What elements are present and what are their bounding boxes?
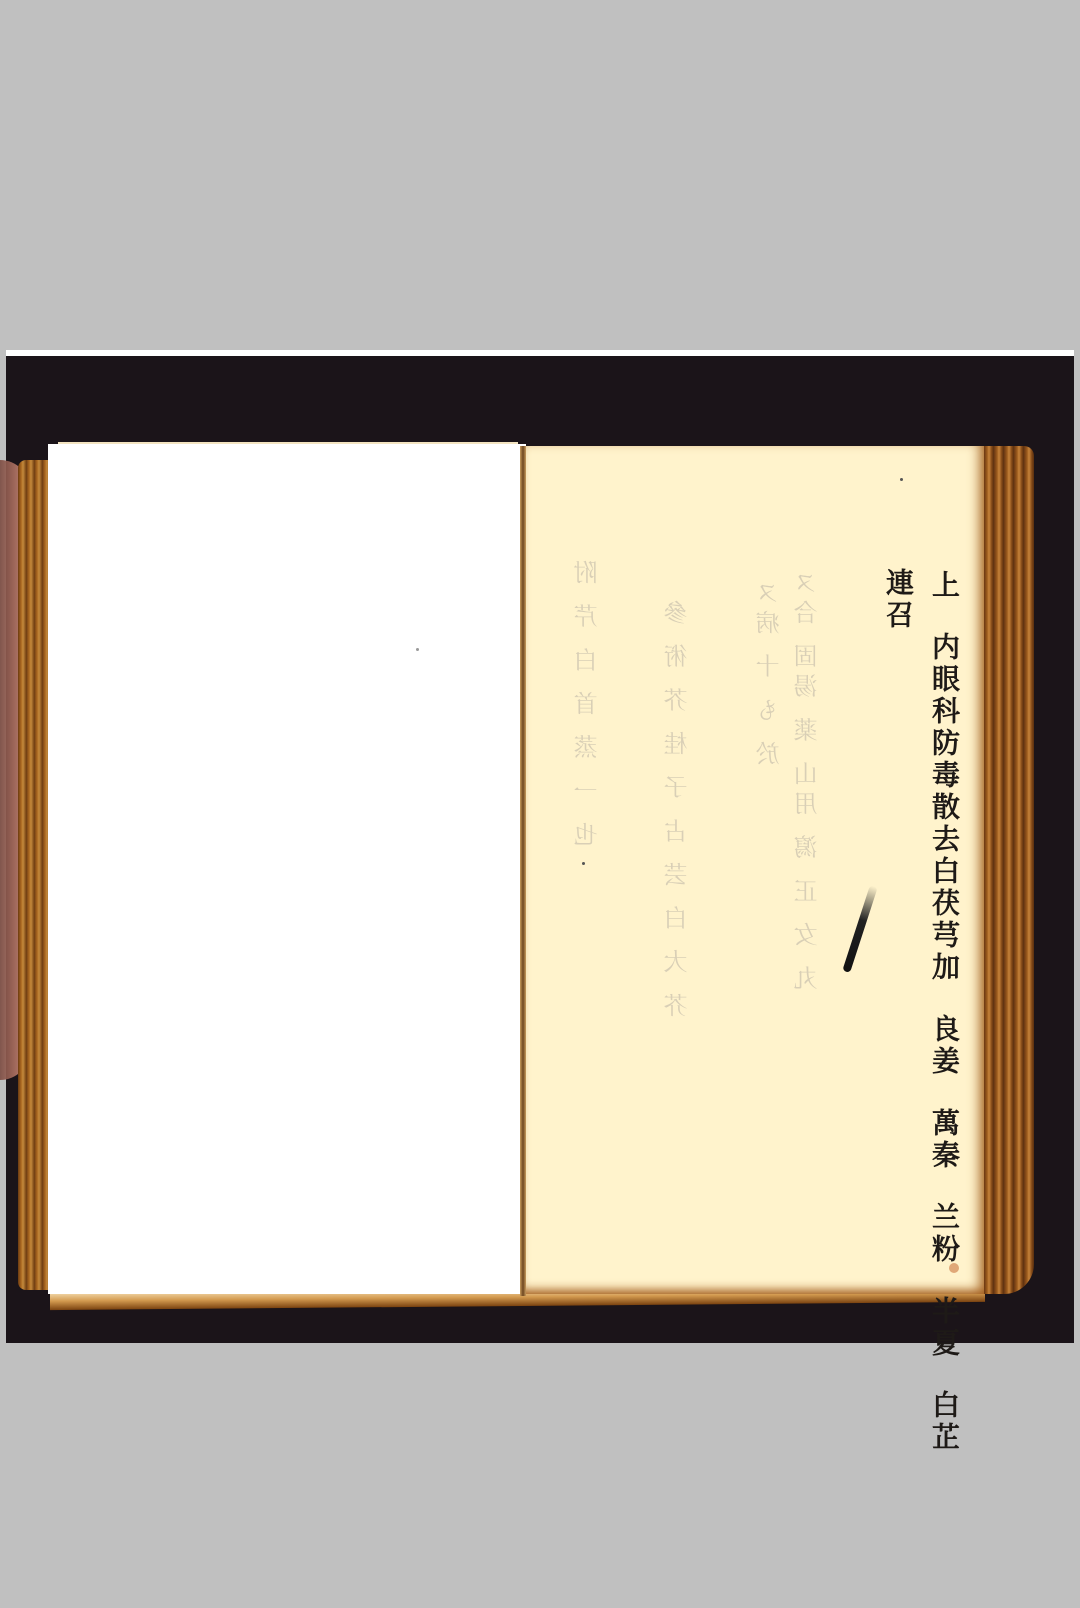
handwritten-column-main: 上内眼科防毒散去白茯芎加良姜萬秦兰粉半夏白芷 (930, 570, 958, 1454)
book-right-fore-edge (984, 446, 1034, 1294)
text-segment: 半夏 (928, 1296, 961, 1360)
text-segment: 兰粉 (928, 1202, 961, 1266)
bleed-through-column: ヌ合 固湯 薬 山用 瀉 正 女 丸 (790, 570, 825, 995)
bleed-through-column: ヌ病 十 も 於 (752, 580, 787, 771)
bleed-through-column: 參 術 芥 桂 子 占 芸 白 大 芥 (660, 600, 695, 1023)
text-segment: 萬秦 (928, 1108, 961, 1172)
text-segment: 白芷 (928, 1390, 961, 1454)
bleed-through-column: 附 芹 白 首 蒸 一 也 (570, 560, 605, 852)
left-page-blank (48, 444, 526, 1294)
paper-speck (900, 478, 903, 481)
paper-speck (416, 648, 419, 651)
text-segment: 内眼科防毒散去 (928, 632, 961, 856)
handwritten-column-second: 連召 (884, 568, 912, 632)
paper-speck (582, 862, 585, 865)
paper-stain (949, 1263, 959, 1273)
text-segment: 上 (928, 570, 961, 602)
text-segment: 良姜 (928, 1014, 961, 1078)
text-segment: 連召 (882, 568, 915, 632)
text-segment: 白茯芎加 (928, 856, 961, 984)
